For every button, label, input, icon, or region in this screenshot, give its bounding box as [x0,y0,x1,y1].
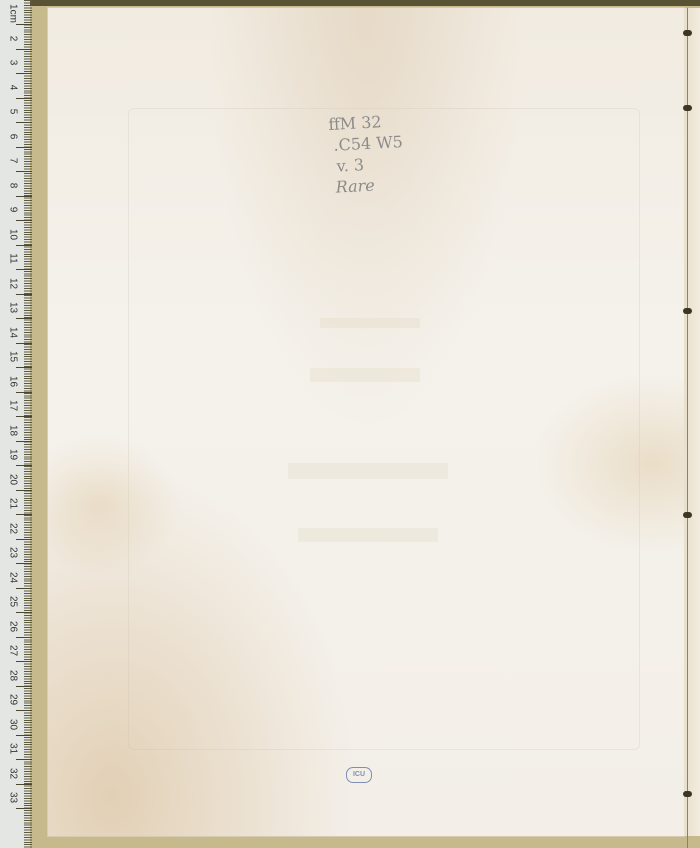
ruler-ticks [24,0,32,848]
ruler-number: 15 [8,347,19,367]
ruler-number: 1cm [8,4,19,24]
ruler-number: 8 [8,175,19,195]
ruler-major-tick [16,612,32,613]
ruler-major-tick [16,710,32,711]
ruler-number: 26 [8,616,19,636]
ruler-number: 12 [8,273,19,293]
ruler-number: 2 [8,28,19,48]
ruler-major-tick [16,735,32,736]
ruler-number: 21 [8,494,19,514]
ruler-number: 9 [8,200,19,220]
ruler-major-tick [16,465,32,466]
ruler-number: 14 [8,322,19,342]
ruler-number: 25 [8,592,19,612]
ruler-number: 3 [8,53,19,73]
stitch-knot [683,30,692,36]
ruler-number: 5 [8,102,19,122]
ruler-major-tick [16,343,32,344]
ruler-major-tick [16,539,32,540]
ruler-number: 24 [8,567,19,587]
ruler-number: 18 [8,420,19,440]
ruler-major-tick [16,24,32,25]
ruler-major-tick [16,147,32,148]
bleed-through-line [288,463,448,479]
ruler-number: 22 [8,518,19,538]
ruler-major-tick [16,122,32,123]
ruler-number: 28 [8,665,19,685]
ruler-major-tick [16,416,32,417]
ruler-number: 17 [8,396,19,416]
ruler-major-tick [16,441,32,442]
ruler-number: 27 [8,641,19,661]
binding-thread [687,8,688,848]
ruler-number: 19 [8,445,19,465]
ruler-major-tick [16,196,32,197]
ruler-major-tick [16,171,32,172]
ruler-major-tick [16,661,32,662]
ruler-number: 7 [8,151,19,171]
ruler-number: 11 [8,249,19,269]
plate-mark [128,108,640,750]
ruler-major-tick [16,686,32,687]
call-number-line: Rare [331,173,405,198]
ruler-number: 30 [8,714,19,734]
ruler-major-tick [16,808,32,809]
ruler-number: 20 [8,469,19,489]
ruler-number: 32 [8,763,19,783]
ruler-number: 16 [8,371,19,391]
ruler-major-tick [16,98,32,99]
call-number-line: .C54 W5 [329,131,403,156]
bleed-through-line [320,318,420,328]
ruler-number: 10 [8,224,19,244]
ruler-major-tick [16,245,32,246]
ruler-number: 23 [8,543,19,563]
ruler-major-tick [16,588,32,589]
ruler-number: 29 [8,690,19,710]
ruler-major-tick [16,294,32,295]
ruler-major-tick [16,318,32,319]
library-stamp: ICU [346,767,372,783]
ruler-major-tick [16,367,32,368]
ruler-major-tick [16,392,32,393]
stitch-knot [683,791,692,797]
ruler-major-tick [16,73,32,74]
ruler-major-tick [16,563,32,564]
ruler-major-tick [16,759,32,760]
bleed-through-line [298,528,438,542]
backing-top-edge [30,0,700,6]
call-number-annotation: ffM 32 .C54 W5 v. 3 Rare [328,110,406,198]
ruler-major-tick [16,269,32,270]
ruler-major-tick [16,514,32,515]
stitch-knot [683,308,692,314]
ruler-major-tick [16,490,32,491]
ruler-number: 33 [8,788,19,808]
ruler-number: 31 [8,739,19,759]
ruler-major-tick [16,220,32,221]
ruler-number: 6 [8,126,19,146]
ruler-number: 4 [8,77,19,97]
ruler-number: 13 [8,298,19,318]
bleed-through-line [310,368,420,382]
ruler-major-tick [16,784,32,785]
ruler-major-tick [16,637,32,638]
stitch-knot [683,512,692,518]
ruler-major-tick [16,49,32,50]
stitch-knot [683,105,692,111]
